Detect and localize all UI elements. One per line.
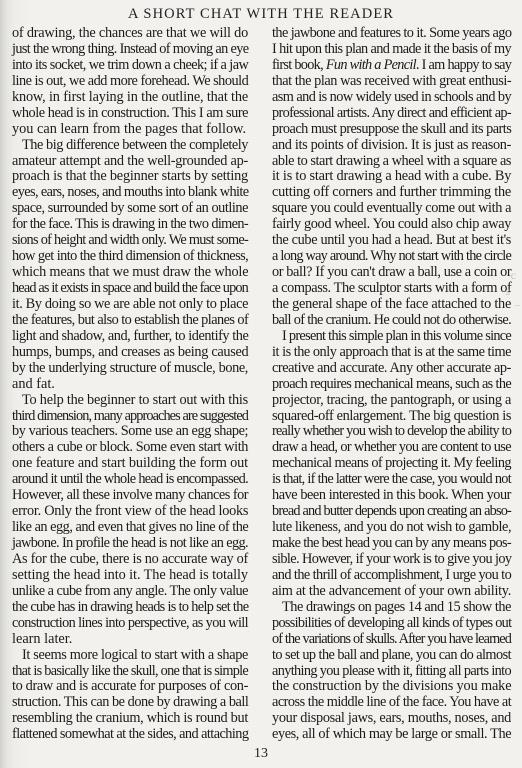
text-line: error. Only the front view of the head l… <box>12 504 248 520</box>
text-line: third dimension, many approaches are sug… <box>12 409 248 425</box>
text-line: head as it exists in space and build the… <box>12 281 248 297</box>
text-line: fairly good wheel. You could also chip a… <box>272 217 511 233</box>
text-line: space, surrounded by some sort of an out… <box>12 201 248 217</box>
text-line: it is the only approach that is at the s… <box>272 345 511 361</box>
text-line: around it until the whole head is encomp… <box>12 472 248 488</box>
text-line: struction. This can be done by drawing a… <box>12 695 248 711</box>
text-line: like an egg, and even that gives no line… <box>12 520 248 536</box>
text-line: As for the cube, there is no accurate wa… <box>12 552 248 568</box>
text-line: by various teachers. Some use an egg sha… <box>12 424 248 440</box>
text-line: and its points of division. It is just a… <box>272 138 511 154</box>
text-line: just the wrong thing. Instead of moving … <box>12 42 248 58</box>
text-line: whole head is in construction. This I am… <box>12 106 248 122</box>
pencil-mark: c <box>511 268 516 283</box>
text-line: and fat. <box>12 377 248 393</box>
book-title: Fun with a Pencil <box>326 57 416 73</box>
pencil-mark: – <box>515 300 520 311</box>
text-line: to draw and is accurate for purposes of … <box>12 679 248 695</box>
text-line: eyes, all of which may be large or small… <box>272 727 511 743</box>
text-line: I present this simple plan in this volum… <box>272 329 511 345</box>
text-line: for the face. This is drawing in the two… <box>12 217 248 233</box>
text-line: unlike a cube from any angle. The only v… <box>12 584 248 600</box>
pencil-mark: s <box>505 284 510 299</box>
text-line: lute likeness, and you do not wish to ga… <box>272 520 511 536</box>
text-line: and the thrill of accomplishment, I urge… <box>272 568 511 584</box>
text-line: possibilities of developing all kinds of… <box>272 616 511 632</box>
text-line: it. By doing so we are able not only to … <box>12 297 248 313</box>
text-line: know, in first laying in the outline, th… <box>12 90 248 106</box>
text-line: To help the beginner to start out with t… <box>12 393 248 409</box>
text-line: square you could eventually come out wit… <box>272 201 511 217</box>
right-text-column: the jawbone and features to it. Some yea… <box>272 26 511 743</box>
text-line: the cube has in drawing heads is to help… <box>12 600 248 616</box>
text-line: eyes, ears, noses, and mouths into blank… <box>12 185 248 201</box>
text-line: asm and is now widely used in schools an… <box>272 90 511 106</box>
text-line: that the plan was received with great en… <box>272 74 511 90</box>
text-line: make the best head you can by any means … <box>272 536 511 552</box>
text-line: mechanical means of projecting it. My fe… <box>272 456 511 472</box>
text-line: of the variations of skulls. After you h… <box>272 632 511 648</box>
text-line: or ball? If you can't draw a ball, use a… <box>272 265 511 281</box>
text-line: It seems more logical to start with a sh… <box>12 648 248 664</box>
text-line: resembling the cranium, which is round b… <box>12 711 248 727</box>
text-line: the features, but also to establish the … <box>12 313 248 329</box>
margin-pencil-marks: c s – <box>496 262 520 312</box>
text-line: amateur attempt and the well-grounded ap… <box>12 154 248 170</box>
text-line: into its socket, we trim down a cheek; i… <box>12 58 248 74</box>
text-line: professional artists. Any direct and eff… <box>272 106 511 122</box>
text-line: anything you please with it, fitting all… <box>272 664 511 680</box>
text-line: one feature and start building the form … <box>12 456 248 472</box>
text-line: ball of the cranium. He could not do oth… <box>272 313 511 329</box>
text-line: the general shape of the face attached t… <box>272 297 511 313</box>
text-line: have been interested in this book. When … <box>272 488 511 504</box>
text-line: draw a head, or whether you are content … <box>272 440 511 456</box>
text-line: The drawings on pages 14 and 15 show the <box>272 600 511 616</box>
text-line: others a cube or block. Some even start … <box>12 440 248 456</box>
text-line: The big difference between the completel… <box>12 138 248 154</box>
text-line: sible. However, if your work is to give … <box>272 552 511 568</box>
text-line: humps, bumps, and creases as being cause… <box>12 345 248 361</box>
text-line: a long way around. Why not start with th… <box>272 249 511 265</box>
text-line: first book, Fun with a Pencil. I am happ… <box>272 58 511 74</box>
running-header: A SHORT CHAT WITH THE READER <box>0 6 522 23</box>
text-line: proach is that the beginner starts by se… <box>12 169 248 185</box>
text-line: construction lines into perspective, as … <box>12 616 248 632</box>
text-line: able to start drawing a wheel with a squ… <box>272 154 511 170</box>
text-line: is that, if the latter were the case, yo… <box>272 472 511 488</box>
text-line: aim at the advancement of your own abili… <box>272 584 511 600</box>
text-line: However, all these involve many chances … <box>12 488 248 504</box>
text-line: squared-off enlargement. The big questio… <box>272 409 511 425</box>
text-line: I hit upon this plan and made it the bas… <box>272 42 511 58</box>
text-line: sions of height and width only. We must … <box>12 233 248 249</box>
page-number: 13 <box>0 746 522 762</box>
text-line: really whether you wish to develop the a… <box>272 424 511 440</box>
text-line: the jawbone and features to it. Some yea… <box>272 26 511 42</box>
text-line: across the middle line of the face. You … <box>272 695 511 711</box>
text-line: cutting off corners and further trimming… <box>272 185 511 201</box>
text-line: you can learn from the pages that follow… <box>12 122 248 138</box>
text-line: your disposal jaws, ears, mouths, noses,… <box>272 711 511 727</box>
text-line: proach requires mechanical means, such a… <box>272 377 511 393</box>
text-line: by the underlying structure of muscle, b… <box>12 361 248 377</box>
text-line: setting the head into it. The head is to… <box>12 568 248 584</box>
text-line: proach must presuppose the skull and its… <box>272 122 511 138</box>
text-line: how get into the third dimension of thic… <box>12 249 248 265</box>
text-line: the construction by the divisions you ma… <box>272 679 511 695</box>
text-line: which means that we must draw the whole <box>12 265 248 281</box>
text-line: that is basically like the skull, one th… <box>12 664 248 680</box>
text-line: flattened somewhat at the sides, and att… <box>12 727 248 743</box>
text-line: learn later. <box>12 632 248 648</box>
text-line: line is out, we add more forehead. We sh… <box>12 74 248 90</box>
text-line: light and shadow, and, further, to ident… <box>12 329 248 345</box>
text-line: the cube until you had a head. But at be… <box>272 233 511 249</box>
text-line: it is to start drawing a head with a cub… <box>272 169 511 185</box>
text-line: of drawing, the chances are that we will… <box>12 26 248 42</box>
left-text-column: of drawing, the chances are that we will… <box>12 26 248 743</box>
text-line: projector, tracing, the pantograph, or u… <box>272 393 511 409</box>
book-page: A SHORT CHAT WITH THE READER of drawing,… <box>0 0 522 768</box>
text-line: jawbone. In profile the head is not like… <box>12 536 248 552</box>
text-line: creative and accurate. Any other accurat… <box>272 361 511 377</box>
text-line: a compass. The sculptor starts with a fo… <box>272 281 511 297</box>
text-line: bread and butter depends upon creating a… <box>272 504 511 520</box>
text-line: to set up the ball and plane, you can do… <box>272 648 511 664</box>
